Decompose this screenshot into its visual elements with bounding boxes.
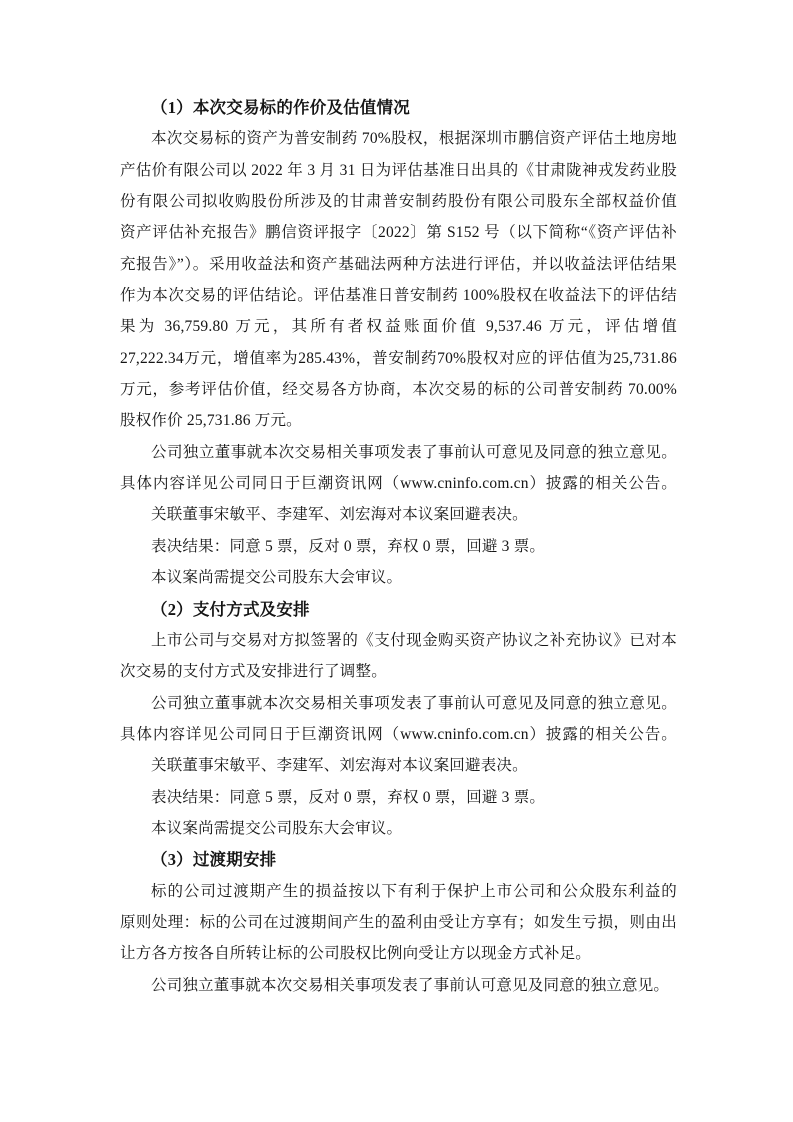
text-line: 具体内容详见公司同日于巨潮资讯网（www.cninfo.com.cn）披露的相关… (120, 719, 677, 750)
text-line: 本议案尚需提交公司股东大会审议。 (120, 562, 677, 593)
text-line: 上市公司与交易对方拟签署的《支付现金购买资产协议之补充协议》已对本 (120, 625, 677, 656)
text-line: 产估价有限公司以 2022 年 3 月 31 日为评估基准日出具的《甘肃陇神戎发… (120, 155, 677, 186)
text-line: 资产评估补充报告》鹏信资评报字〔2022〕第 S152 号（以下简称“《资产评估… (120, 217, 677, 248)
text-line: 原则处理：标的公司在过渡期间产生的盈利由受让方享有；如发生亏损，则由出 (120, 907, 677, 938)
text-line: 本议案尚需提交公司股东大会审议。 (120, 813, 677, 844)
text-line: 关联董事宋敏平、李建军、刘宏海对本议案回避表决。 (120, 499, 677, 530)
text-line: 份有限公司拟收购股份所涉及的甘肃普安制药股份有限公司股东全部权益价值 (120, 186, 677, 217)
section-heading: （2）支付方式及安排 (120, 594, 677, 625)
document-content: （1）本次交易标的作价及估值情况本次交易标的资产为普安制药 70%股权，根据深圳… (120, 92, 677, 1001)
text-line: 充报告》”）。采用收益法和资产基础法两种方法进行评估，并以收益法评估结果 (120, 249, 677, 280)
text-line: 股权作价 25,731.86 万元。 (120, 405, 677, 436)
text-line: 公司独立董事就本次交易相关事项发表了事前认可意见及同意的独立意见。 (120, 970, 677, 1001)
text-line: 作为本次交易的评估结论。评估基准日普安制药 100%股权在收益法下的评估结 (120, 280, 677, 311)
text-line: 万元，参考评估价值，经交易各方协商，本次交易的标的公司普安制药 70.00% (120, 374, 677, 405)
text-line: 关联董事宋敏平、李建军、刘宏海对本议案回避表决。 (120, 750, 677, 781)
section-heading: （3）过渡期安排 (120, 844, 677, 875)
text-line: 次交易的支付方式及安排进行了调整。 (120, 656, 677, 687)
text-line: 果为 36,759.80 万元，其所有者权益账面价值 9,537.46 万元，评… (120, 311, 677, 342)
section-heading: （1）本次交易标的作价及估值情况 (120, 92, 677, 123)
text-line: 公司独立董事就本次交易相关事项发表了事前认可意见及同意的独立意见。 (120, 688, 677, 719)
text-line: 表决结果：同意 5 票，反对 0 票，弃权 0 票，回避 3 票。 (120, 782, 677, 813)
text-line: 标的公司过渡期产生的损益按以下有利于保护上市公司和公众股东利益的 (120, 876, 677, 907)
text-line: 让方各方按各自所转让标的公司股权比例向受让方以现金方式补足。 (120, 938, 677, 969)
text-line: 表决结果：同意 5 票，反对 0 票，弃权 0 票，回避 3 票。 (120, 531, 677, 562)
text-line: 本次交易标的资产为普安制药 70%股权，根据深圳市鹏信资产评估土地房地 (120, 123, 677, 154)
text-line: 公司独立董事就本次交易相关事项发表了事前认可意见及同意的独立意见。 (120, 437, 677, 468)
text-line: 27,222.34万元，增值率为285.43%，普安制药70%股权对应的评估值为… (120, 343, 677, 374)
text-line: 具体内容详见公司同日于巨潮资讯网（www.cninfo.com.cn）披露的相关… (120, 468, 677, 499)
document-page: （1）本次交易标的作价及估值情况本次交易标的资产为普安制药 70%股权，根据深圳… (0, 0, 793, 1122)
